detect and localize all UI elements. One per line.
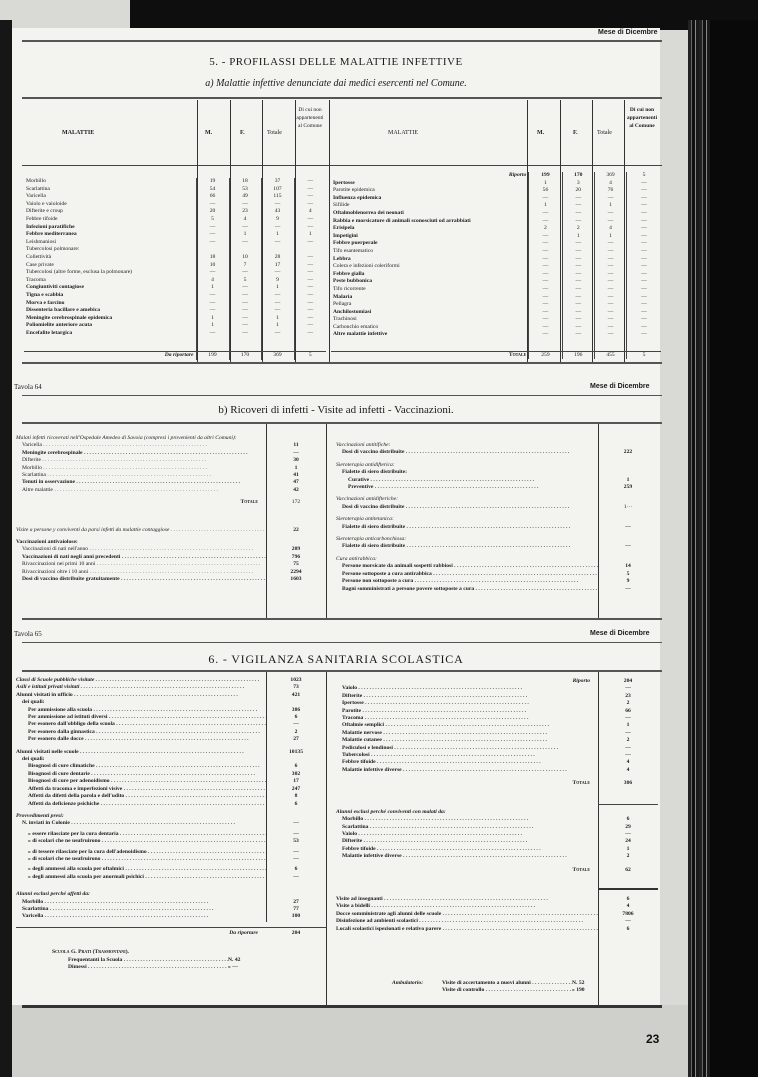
tavola-64-subtitle: b) Ricoveri di infetti - Visite ad infet… <box>0 404 672 416</box>
ricoveri-block: Malati infetti ricoverati nell'Ospedale … <box>16 435 326 584</box>
table-row: Tubercolosi polmonare: <box>24 246 326 254</box>
col-header-m: M. <box>205 130 212 136</box>
list-item: Docce somministrate agli alunni delle sc… <box>336 911 658 918</box>
col-header-m-right: M. <box>537 130 544 136</box>
table-row: Scarlattina5453107— <box>24 186 326 194</box>
table-row: Tigna e scabbia———— <box>24 292 326 300</box>
table-row: Varicella6649115— <box>24 193 326 201</box>
list-item: Fialette di siero distribuite: <box>336 469 658 476</box>
table-row: Dissenteria bacillare e amebica———— <box>24 307 326 315</box>
list-item: Dosi di vaccino distribuite gratuitament… <box>16 576 326 583</box>
table-row: Encefalite letargica———— <box>24 330 326 338</box>
tavola-64-label: Tavola 64 <box>14 383 42 391</box>
list-item: Per ammissione ad istituti diversi6 <box>16 714 326 721</box>
table-row: Case private10717— <box>24 262 326 270</box>
list-item: Bisognosi di cure climatiche6 <box>16 763 326 770</box>
provvedimenti-heading: Provvedimenti presi: <box>16 813 326 820</box>
list-item: Fialette di siero distribuite— <box>336 543 658 550</box>
list-item: Scarlattina77 <box>16 906 326 913</box>
list-item: Visite ad insegnanti6 <box>336 896 658 903</box>
list-item: Morbillo27 <box>16 899 326 906</box>
group-heading: Sieroterapia anticarbonchiosa: <box>336 536 658 543</box>
table-a-header: MALATTIE M. F. Totale Di cui non apparte… <box>22 100 662 166</box>
list-item: Tracoma— <box>336 715 658 722</box>
col-header-non-comune-right: Di cui non appartenenti al Comune <box>626 106 658 130</box>
col-rule <box>326 424 327 618</box>
total-row: Totale172 <box>16 499 326 506</box>
col-header-non-comune: Di cui non appartenenti al Comune <box>294 106 326 130</box>
total-row: Totale306 <box>336 780 658 787</box>
list-item: Locali scolastici ispezionati e relativo… <box>336 926 658 933</box>
list-item: Parotite66 <box>336 708 658 715</box>
divider <box>22 618 662 620</box>
list-item: » degli ammessi alla scuola per oftalmic… <box>16 866 326 873</box>
group-heading: Sieroterapia antidifterica: <box>336 462 658 469</box>
table-row: Ipertosse134— <box>331 180 661 188</box>
table-row: Morva e farcino———— <box>24 300 326 308</box>
vigilanza-right-block: Riporto204 Vaiolo— Difterite23 Ipertosse… <box>336 678 658 933</box>
table-row: Febbre tifoide549— <box>24 216 326 224</box>
table-row: Febbre gialla———— <box>331 271 661 279</box>
table-row: Parotite epidemica562076— <box>331 187 661 195</box>
col-header-malattie: MALATTIE <box>62 130 94 136</box>
table-row: Carbonchio ematico———— <box>331 324 661 332</box>
table-row: Pellagra———— <box>331 301 661 309</box>
carry-row: Riporto1991703695 <box>331 172 661 180</box>
list-item: Oftalmie semplici1 <box>336 722 658 729</box>
list-item: » di scolari che ne usufruirono— <box>16 856 326 863</box>
total-row: Totale2591964555 <box>331 351 661 359</box>
scan-dark-border-top <box>130 0 758 30</box>
month-label: Mese di Dicembre <box>590 383 650 390</box>
tavola-65-label: Tavola 65 <box>14 630 42 638</box>
table-row: Infezioni paratifiche———— <box>24 224 326 232</box>
col-rule <box>329 100 330 362</box>
table-row: Impetigini—11— <box>331 233 661 241</box>
list-item: Frequentanti la ScuolaN. 42 <box>16 957 258 964</box>
carry-row: Riporto204 <box>336 678 658 685</box>
list-item: Persone sottoposte a cura antirabbica5 <box>336 571 658 578</box>
list-item: » di scolari che ne usufruirono53 <box>16 838 326 845</box>
list-item: Ambulatorio:Visite di accertamento a nuo… <box>392 980 602 987</box>
month-label: Mese di Dicembre <box>590 630 650 637</box>
list-item: Persone morsicate da animali sospetti ra… <box>336 563 658 570</box>
table-row: Leishmaniosi———— <box>24 239 326 247</box>
col-header-totale-right: Totale <box>597 130 612 136</box>
table-row: Meningite cerebrospinale epidemica1—1— <box>24 315 326 323</box>
list-item: Per ammissione alla scuola386 <box>16 707 326 714</box>
vaccinazioni-block: Vaccinazioni antitifiche: Dosi di vaccin… <box>336 442 658 593</box>
list-item: Ipertosse2 <box>336 700 658 707</box>
table-row: Tifo esantematico———— <box>331 248 661 256</box>
divider <box>22 642 662 643</box>
list-item: Meningite cerebrospinale— <box>16 450 326 457</box>
table-row: Erisipela224— <box>331 225 661 233</box>
esclusi-heading: Alunni esclusi perché affetti da: <box>16 891 326 898</box>
col-rule <box>326 672 327 1007</box>
table-row: Collettività181028— <box>24 254 326 262</box>
list-item: Vaccinazioni di nati negli anni preceden… <box>16 554 326 561</box>
divider <box>22 1005 662 1008</box>
divider <box>22 395 662 396</box>
list-item: Dosi di vaccino distribuite222 <box>336 449 658 456</box>
list-item: Visite a bidelli4 <box>336 903 658 910</box>
book-edge <box>710 20 758 1077</box>
list-item: Disinfezione ad ambienti scolastici— <box>336 918 658 925</box>
list-item: Malattie infettive diverse2 <box>336 853 658 860</box>
list-item: dei quali: <box>16 699 326 706</box>
table-row: Sifilide1—1— <box>331 202 661 210</box>
list-item: Curative1 <box>336 477 658 484</box>
list-item: dei quali: <box>16 756 326 763</box>
list-item: Bagni somministrati a persone povere sot… <box>336 586 658 593</box>
col-header-malattie-right: MALATTIE <box>388 130 418 136</box>
list-item: » degli ammessi alla scuola per anormali… <box>16 874 326 881</box>
list-item: Altre malattie42 <box>16 487 326 494</box>
table-row: Tifo ricorrente———— <box>331 286 661 294</box>
table-row: Trachinosi———— <box>331 316 661 324</box>
list-item: » di tessere rilasciate per la cura dell… <box>16 849 326 856</box>
table-row: Influenza epidemica———— <box>331 195 661 203</box>
col-header-f-right: F. <box>573 130 578 136</box>
list-item: Asili e istituti privati visitati73 <box>16 684 326 691</box>
ricoveri-intro: Malati infetti ricoverati nell'Ospedale … <box>16 435 266 442</box>
divider <box>22 422 662 424</box>
list-item: Vaccinazioni di nati nell'anno209 <box>16 546 326 553</box>
page-number: 23 <box>646 1032 659 1046</box>
list-item: Difterite30 <box>16 457 326 464</box>
month-label-top: Mese di Dicembre <box>598 29 658 36</box>
list-item: Bisognosi di cure dentarie302 <box>16 771 326 778</box>
ambulatorio-block: Ambulatorio:Visite di accertamento a nuo… <box>392 980 602 995</box>
list-item: Malattie nervose— <box>336 730 658 737</box>
table-row: Febbre puerperale———— <box>331 240 661 248</box>
list-item: Per esonero dalla ginnastica2 <box>16 729 326 736</box>
list-item: Persone non sottoposte a cura9 <box>336 578 658 585</box>
table-row: Oftalmoblenorrea dei neonati———— <box>331 210 661 218</box>
list-item: Pediculosi e lendinosi— <box>336 745 658 752</box>
list-item: Malattie infettive diverse4 <box>336 767 658 774</box>
list-item: Varicella11 <box>16 442 326 449</box>
table-a-right: Riporto1991703695 Ipertosse134— Parotite… <box>331 172 661 359</box>
list-item: Bisognosi di cure per adenoidismo17 <box>16 778 326 785</box>
table-row: Vaiolo e vaioloide———— <box>24 201 326 209</box>
vaccinazioni-heading: Vaccinazioni antivaiolose: <box>16 539 326 546</box>
list-item: Difterite24 <box>336 838 658 845</box>
list-item: Alunni visitati nelle scuole10135 <box>16 749 326 756</box>
list-item: Scarlattina41 <box>16 472 326 479</box>
table-row: Colera e infezioni coleriformi———— <box>331 263 661 271</box>
table-row: Difterite e croup2023434 <box>24 208 326 216</box>
list-item: Vaiolo— <box>336 685 658 692</box>
table-row: Rabbia e morsicature di animali sconosci… <box>331 218 661 226</box>
list-item: Affetti da deficienze psichiche6 <box>16 801 326 808</box>
carry-forward-row: Da riportare204 <box>16 927 326 937</box>
group-heading: Vaccinazioni antidifteriche: <box>336 496 658 503</box>
table-row: Anchilostomiasi———— <box>331 309 661 317</box>
list-item: Per esonero dalle docce27 <box>16 736 326 743</box>
list-item: Difterite23 <box>336 693 658 700</box>
list-item: Rivaccinazioni nei primi 10 anni75 <box>16 561 326 568</box>
group-heading: Cura antirabbica: <box>336 556 658 563</box>
list-item: » essere rilasciate per la cura dentaria… <box>16 831 326 838</box>
esclusi-conviventi-heading: Alunni esclusi perché conviventi con mal… <box>336 809 658 816</box>
list-item: Visite a persone y conviventi da parsi i… <box>16 527 326 534</box>
list-item: Rivaccinazioni oltre i 10 anni2294 <box>16 569 326 576</box>
table-row: Altre malattie infettive———— <box>331 331 661 339</box>
col-header-totale: Totale <box>267 130 282 136</box>
list-item: Febbre tifoide4 <box>336 759 658 766</box>
table-a-left: Morbillo191837— Scarlattina5453107— Vari… <box>24 178 326 360</box>
carry-forward-row: Da riportare1991703695 <box>24 351 326 359</box>
section5-subtitle: a) Malattie infettive denunciate dai med… <box>0 78 672 89</box>
list-item: Per esonero dall'obbligo della scuola— <box>16 721 326 728</box>
col-header-f: F. <box>240 130 245 136</box>
list-item: Fialette di siero distribuite— <box>336 524 658 531</box>
table-row: Malaria———— <box>331 294 661 302</box>
scan-dark-border-left <box>0 20 12 1077</box>
list-item: Alunni visitati in ufficio421 <box>16 692 326 699</box>
page-bottom-margin <box>12 1005 688 1077</box>
list-item: Classi di Scuole pubbliche visitate1023 <box>16 677 326 684</box>
divider <box>22 670 662 672</box>
group-heading: Vaccinazioni antitifiche: <box>336 442 658 449</box>
list-item: Malattie cutanee2 <box>336 737 658 744</box>
list-item: Vaiolo— <box>336 831 658 838</box>
divider <box>22 97 662 99</box>
list-item: Febbre tifoide1 <box>336 846 658 853</box>
list-item: N. inviati in Colonie— <box>16 820 326 827</box>
divider <box>22 362 662 364</box>
list-item: Affetti da difetti della parola e dell'u… <box>16 793 326 800</box>
divider <box>22 40 662 42</box>
table-row: Poliomielite anteriore acuta1—1— <box>24 322 326 330</box>
group-heading: Sieroterapia antitetanica: <box>336 516 658 523</box>
table-row: Tracoma459— <box>24 277 326 285</box>
list-item: Tubercolosi— <box>336 752 658 759</box>
total-row: Totale62 <box>336 867 658 874</box>
list-item: Morbillo1 <box>16 465 326 472</box>
table-row: Peste bubbonica———— <box>331 278 661 286</box>
list-item: Affetti da tracoma e imperfezioni visive… <box>16 786 326 793</box>
list-item: Dimessi» — <box>16 964 258 971</box>
table-row: Febbre mediterranea—111 <box>24 231 326 239</box>
table-row: Tubercolosi (altre forme, esclusa la pol… <box>24 269 326 277</box>
vigilanza-left-block: Classi di Scuole pubbliche visitate1023 … <box>16 677 326 971</box>
list-item: Preventive259 <box>336 484 658 491</box>
list-item: Visite di controllo» 190 <box>392 987 602 994</box>
table-row: Congiuntiviti contagiose1—1— <box>24 284 326 292</box>
section6-title: 6. - VIGILANZA SANITARIA SCOLASTICA <box>0 652 672 667</box>
list-item: Tenuti in osservazione47 <box>16 479 326 486</box>
table-row: Lebbra———— <box>331 256 661 264</box>
section5-title: 5. - PROFILASSI DELLE MALATTIE INFETTIVE <box>0 56 672 68</box>
table-row: Morbillo191837— <box>24 178 326 186</box>
list-item: Dosi di vaccino distribuite1··· <box>336 504 658 511</box>
list-item: Varicella100 <box>16 913 326 920</box>
list-item: Morbillo6 <box>336 816 658 823</box>
school-title: Scuola G. Prati (Trasmontani). <box>16 949 326 956</box>
list-item: Scarlattina29 <box>336 824 658 831</box>
